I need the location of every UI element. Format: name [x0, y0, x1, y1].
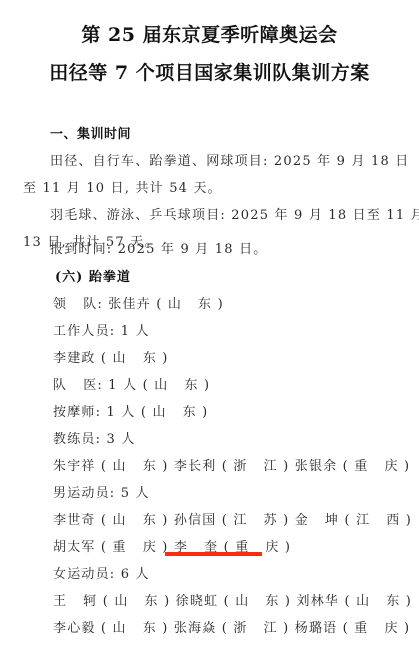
document-title-line2: 田径等 7 个项目国家集训队集训方案: [0, 58, 419, 85]
female-athletes-names: 王 轲 ( 山 东 ) 徐晓虹 ( 山 东 ) 刘林华 ( 山 东 ): [53, 590, 412, 609]
section-heading-taekwondo: (六) 跆拳道: [55, 266, 131, 285]
masseur: 按摩师: 1 人 ( 山 东 ): [53, 401, 208, 420]
male-athletes-label: 男运动员: 5 人: [53, 482, 150, 501]
team-leader: 领 队: 张佳卉 ( 山 东 ): [53, 293, 224, 312]
male-athletes-names: 李世奇 ( 山 东 ) 孙信国 ( 江 苏 ) 金 坤 ( 江 西 ): [53, 509, 412, 528]
paragraph-line: 羽毛球、游泳、乒乓球项目: 2025 年 9 月 18 日至 11 月: [50, 204, 419, 223]
paragraph-line: 至 11 月 10 日, 共计 54 天。: [23, 177, 222, 196]
document-title-line1: 第 25 届东京夏季听障奥运会: [0, 20, 419, 47]
staff-names: 李建政 ( 山 东 ): [53, 347, 169, 366]
section-heading-training-time: 一、集训时间: [50, 123, 131, 142]
team-doctor: 队 医: 1 人 ( 山 东 ): [53, 374, 210, 393]
report-time: 报到时间: 2025 年 9 月 18 日。: [50, 238, 267, 257]
female-athletes-label: 女运动员: 6 人: [53, 563, 150, 582]
paragraph-line: 田径、自行车、跆拳道、网球项目: 2025 年 9 月 18 日: [50, 150, 409, 169]
red-highlight-underline: [165, 552, 262, 556]
staff-label: 工作人员: 1 人: [53, 320, 150, 339]
coaches-label: 教练员: 3 人: [53, 428, 136, 447]
female-athletes-names: 李心毅 ( 山 东 ) 张海焱 ( 浙 江 ) 杨璐语 ( 重 庆 ): [53, 617, 410, 636]
coaches-names: 朱宇祥 ( 山 东 ) 李长利 ( 浙 江 ) 张银余 ( 重 庆 ): [53, 455, 410, 474]
